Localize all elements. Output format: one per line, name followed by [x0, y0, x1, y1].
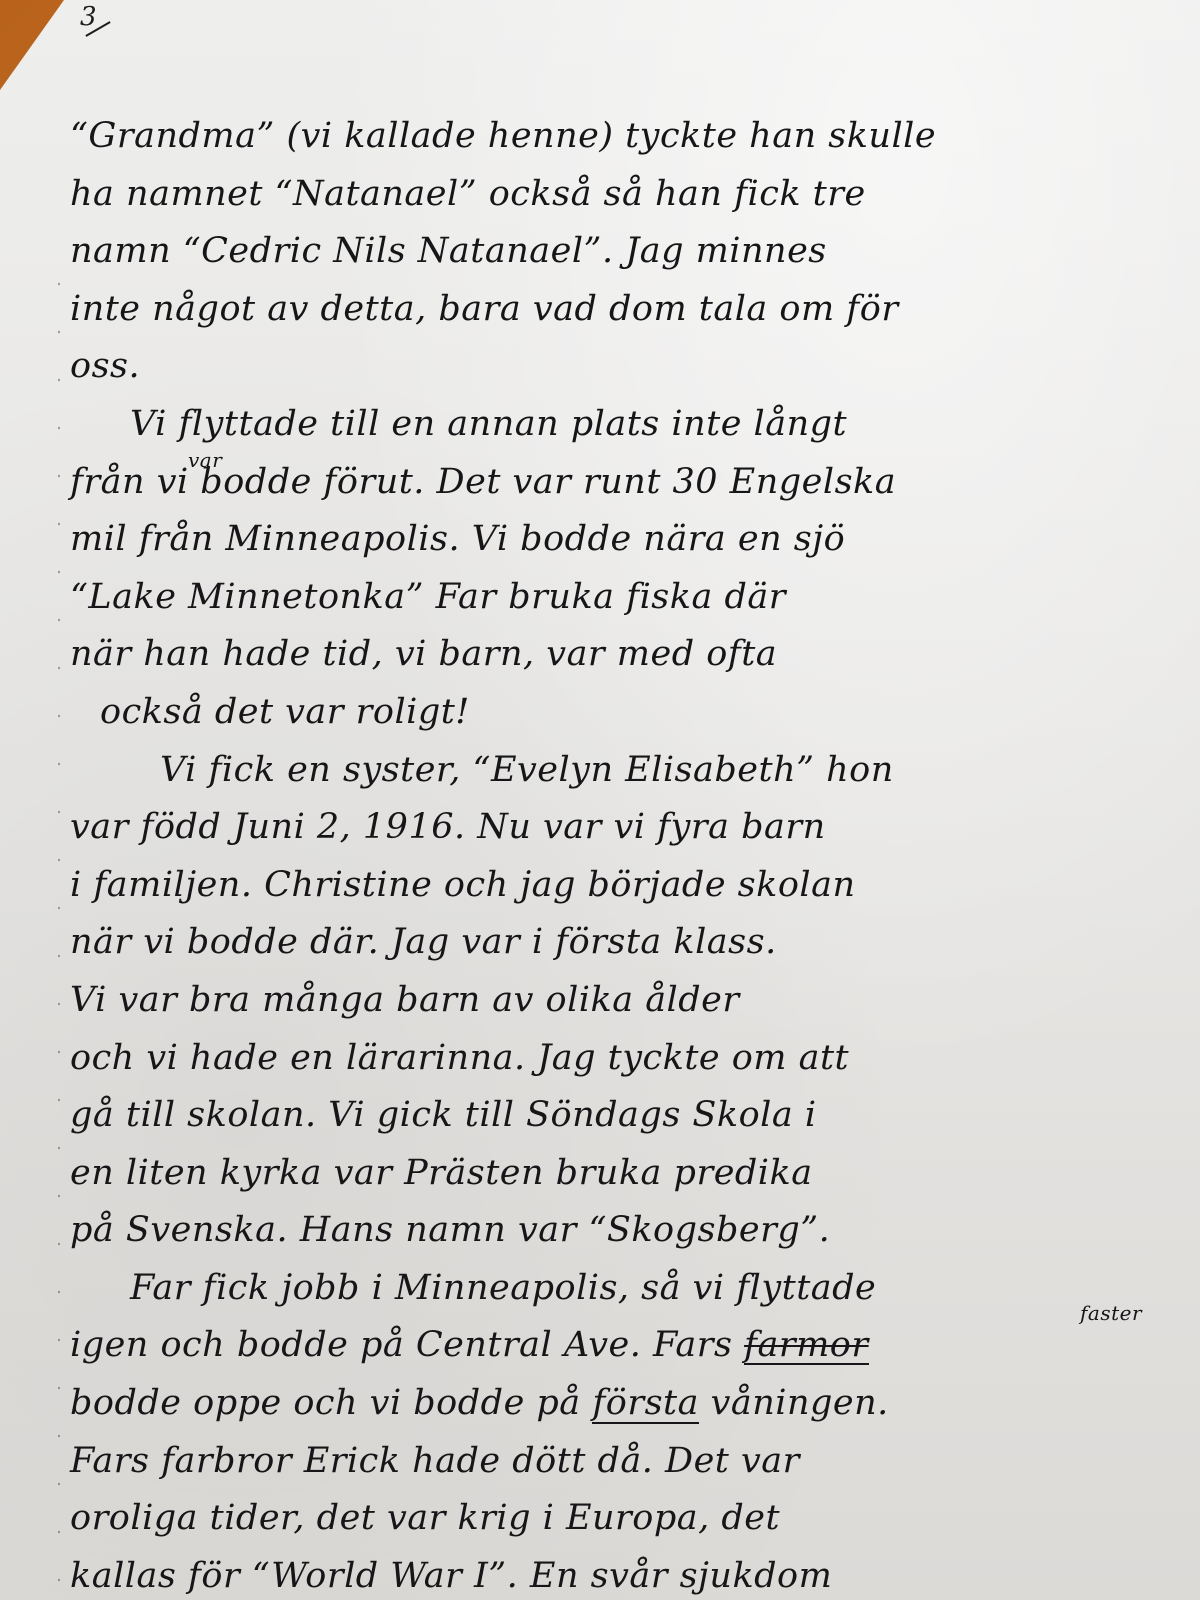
- text-line: mil från Minneapolis. Vi bodde nära en s…: [70, 511, 1160, 569]
- inserted-word: var: [188, 450, 222, 470]
- struck-through-word: farmor: [744, 1327, 869, 1365]
- text-line: “Grandma” (vi kallade henne) tyckte han …: [70, 108, 1160, 166]
- inserted-word: faster: [1080, 1303, 1142, 1323]
- text-line-with-underline: bodde oppe och vi bodde på första våning…: [70, 1375, 1160, 1433]
- paper-sheet: 3 “Grandma” (vi kallade henne) tyckte ha…: [0, 0, 1200, 1600]
- text-line: Vi var bra många barn av olika ålder: [70, 972, 1160, 1030]
- underlined-word: första: [592, 1384, 699, 1424]
- margin-dotted-line: [58, 260, 60, 1600]
- paragraph-start-line: Far fick jobb i Minneapolis, så vi flytt…: [70, 1260, 1160, 1318]
- text-line: Fars farbror Erick hade dött då. Det var: [70, 1433, 1160, 1491]
- text-line: oroliga tider, det var krig i Europa, de…: [70, 1490, 1160, 1548]
- text-line: kallas för “World War I”. En svår sjukdo…: [70, 1548, 1160, 1600]
- text-line: var född Juni 2, 1916. Nu var vi fyra ba…: [70, 799, 1160, 857]
- text-line-content: igen och bodde på Central Ave. Fars: [70, 1325, 744, 1365]
- text-line: när vi bodde där. Jag var i första klass…: [70, 914, 1160, 972]
- text-line: en liten kyrka var Prästen bruka predika: [70, 1145, 1160, 1203]
- handwritten-text-body: “Grandma” (vi kallade henne) tyckte han …: [70, 108, 1160, 1600]
- text-line: när han hade tid, vi barn, var med ofta: [70, 626, 1160, 684]
- text-line: också det var roligt!: [70, 684, 1160, 742]
- paragraph-start-line: Vi flyttade till en annan plats inte lån…: [70, 396, 1160, 454]
- text-line-with-correction: igen och bodde på Central Ave. Fars farm…: [70, 1317, 1160, 1375]
- text-line: i familjen. Christine och jag började sk…: [70, 857, 1160, 915]
- text-line-content: våningen.: [699, 1383, 889, 1423]
- text-line: oss.: [70, 338, 1160, 396]
- text-line-content: bodde oppe och vi bodde på: [70, 1383, 592, 1423]
- page-number: 3: [80, 2, 97, 32]
- text-line: ha namnet “Natanael” också så han fick t…: [70, 166, 1160, 224]
- text-line: gå till skolan. Vi gick till Söndags Sko…: [70, 1087, 1160, 1145]
- text-line: “Lake Minnetonka” Far bruka fiska där: [70, 569, 1160, 627]
- text-line: inte något av detta, bara vad dom tala o…: [70, 281, 1160, 339]
- text-line: och vi hade en lärarinna. Jag tyckte om …: [70, 1030, 1160, 1088]
- paragraph-start-line: Vi fick en syster, “Evelyn Elisabeth” ho…: [70, 742, 1160, 800]
- text-line: namn “Cedric Nils Natanael”. Jag minnes: [70, 223, 1160, 281]
- text-line: på Svenska. Hans namn var “Skogsberg”.: [70, 1202, 1160, 1260]
- text-line-with-insert: var från vi bodde förut. Det var runt 30…: [70, 454, 1160, 512]
